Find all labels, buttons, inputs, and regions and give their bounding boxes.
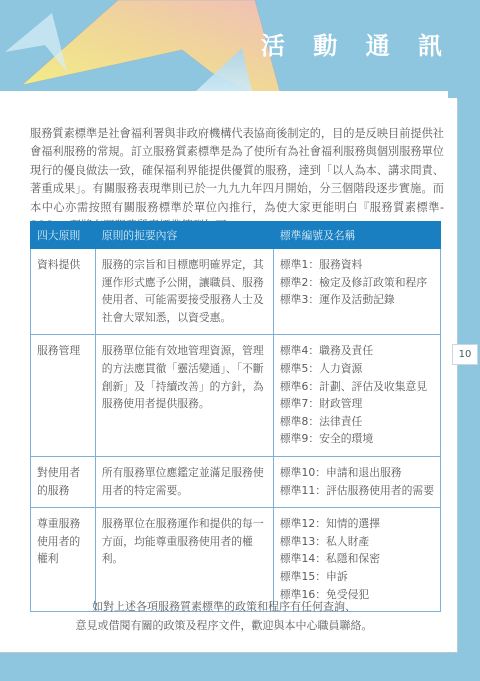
table-row: 資料提供 服務的宗旨和目標應明確界定，其運作形式應予公開，讓職員、服務使用者、可…: [31, 249, 441, 335]
contact-note: 如對上述各項服務質素標準的政策和程序有任何查詢、 意見或借閱有關的政策及程序文件…: [0, 597, 448, 635]
standards-cell: 標準12：知情的選擇 標準13：私人財產 標準14：私隱和保密 標準15：申訴 …: [273, 508, 440, 612]
standards-cell: 標準10：申請和退出服務 標準11：評估服務使用者的需要: [273, 456, 440, 507]
summary-cell: 所有服務單位應鑑定並滿足服務使用者的特定需要。: [95, 456, 273, 507]
contact-note-line-1: 如對上述各項服務質素標準的政策和程序有任何查詢、: [0, 597, 448, 616]
standards-cell: 標準1：服務資料 標準2：檢定及修訂政策和程序 標準3：運作及活動記錄: [273, 249, 440, 335]
table-row: 尊重服務使用者的權利 服務單位在服務運作和提供的每一方面，均能尊重服務使用者的權…: [31, 508, 441, 612]
standard-item: 標準12：知情的選擇: [280, 515, 434, 533]
standard-item: 標準10：申請和退出服務: [280, 464, 434, 482]
standard-item: 標準2：檢定及修訂政策和程序: [280, 274, 434, 292]
page-title: 活 動 通 訊: [261, 26, 452, 61]
principle-cell: 對使用者的服務: [31, 456, 96, 507]
standard-item: 標準14：私隱和保密: [280, 550, 434, 568]
standard-item: 標準13：私人財產: [280, 533, 434, 551]
standard-item: 標準11：評估服務使用者的需要: [280, 482, 434, 500]
panel-edge: [448, 98, 457, 652]
summary-cell: 服務單位能有效地管理資源，管理的方法應貫徹「靈活變通」、「不斷創新」及「持續改善…: [95, 335, 273, 457]
standard-item: 標準5：人力資源: [280, 360, 434, 378]
table-row: 對使用者的服務 所有服務單位應鑑定並滿足服務使用者的特定需要。 標準10：申請和…: [31, 456, 441, 507]
standard-item: 標準8：法律責任: [280, 413, 434, 431]
service-quality-standards-table: 四大原則 原則的扼要內容 標準編號及名稱 資料提供 服務的宗旨和目標應明確界定，…: [30, 221, 441, 612]
standard-item: 標準7：財政管理: [280, 395, 434, 413]
summary-cell: 服務單位在服務運作和提供的每一方面，均能尊重服務使用者的權利。: [95, 508, 273, 612]
standard-item: 標準15：申訴: [280, 568, 434, 586]
summary-cell: 服務的宗旨和目標應明確界定，其運作形式應予公開，讓職員、服務使用者、可能需要接受…: [95, 249, 273, 335]
standards-cell: 標準4：職務及責任 標準5：人力資源 標準6：計劃、評估及收集意見 標準7：財政…: [273, 335, 440, 457]
column-header-summary: 原則的扼要內容: [95, 222, 273, 249]
standard-item: 標準1：服務資料: [280, 256, 434, 274]
page-number: 10: [452, 344, 478, 365]
table-header-row: 四大原則 原則的扼要內容 標準編號及名稱: [31, 222, 441, 249]
standard-item: 標準3：運作及活動記錄: [280, 291, 434, 309]
table-row: 服務管理 服務單位能有效地管理資源，管理的方法應貫徹「靈活變通」、「不斷創新」及…: [31, 335, 441, 457]
principle-cell: 資料提供: [31, 249, 96, 335]
standard-item: 標準6：計劃、評估及收集意見: [280, 378, 434, 396]
intro-paragraph: 服務質素標準是社會福利署與非政府機構代表協商後制定的，目的是反映目前提供社會福利…: [30, 125, 444, 235]
standard-item: 標準9：安全的環境: [280, 430, 434, 448]
column-header-standards: 標準編號及名稱: [273, 222, 440, 249]
principle-cell: 尊重服務使用者的權利: [31, 508, 96, 612]
column-header-principle: 四大原則: [31, 222, 96, 249]
standard-item: 標準4：職務及責任: [280, 342, 434, 360]
contact-note-line-2: 意見或借閱有關的政策及程序文件，歡迎與本中心職員聯絡。: [0, 616, 448, 635]
principle-cell: 服務管理: [31, 335, 96, 457]
